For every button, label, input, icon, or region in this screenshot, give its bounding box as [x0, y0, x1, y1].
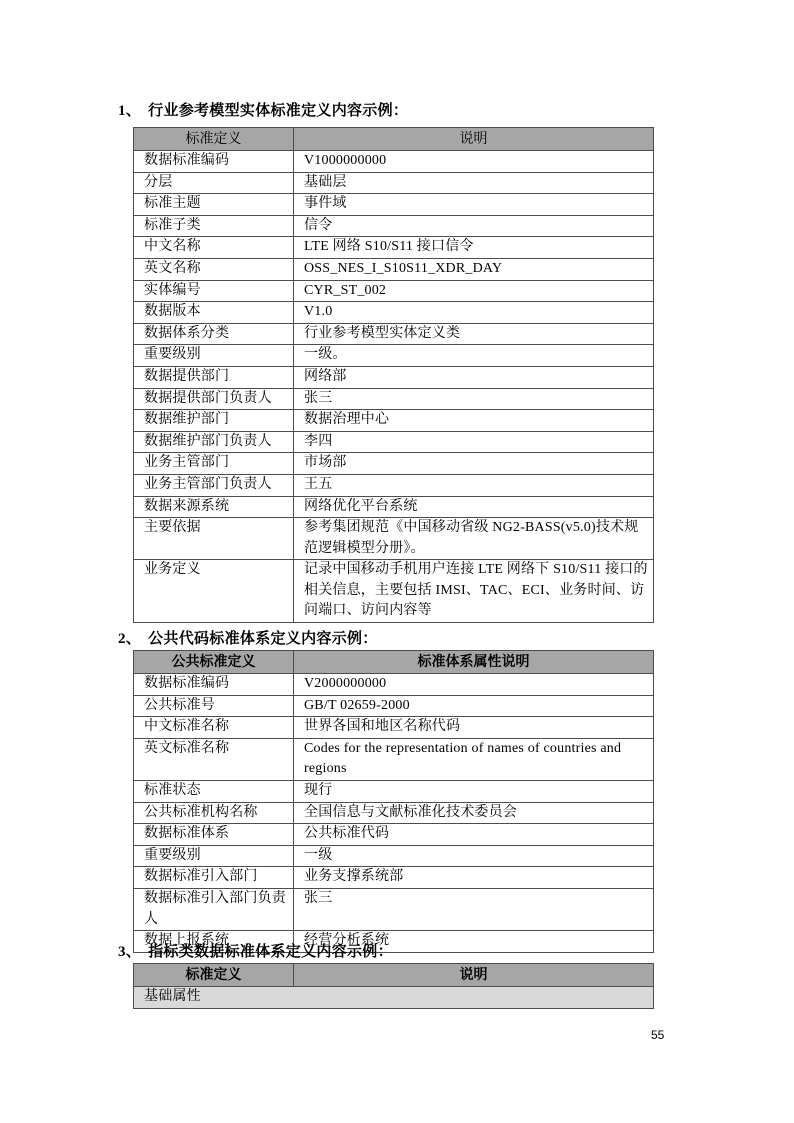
- row-label: 公共标准机构名称: [134, 802, 294, 824]
- row-value: 市场部: [294, 453, 654, 475]
- row-value: 李四: [294, 431, 654, 453]
- row-label: 英文标准名称: [134, 738, 294, 780]
- table-row: 数据标准编码V1000000000: [134, 151, 654, 173]
- row-label: 主要依据: [134, 518, 294, 560]
- row-value: 张三: [294, 888, 654, 930]
- table-row: 重要级别一级。: [134, 345, 654, 367]
- row-label: 数据标准引入部门负责人: [134, 888, 294, 930]
- section-1-title: 行业参考模型实体标准定义内容示例：: [148, 103, 408, 119]
- row-label: 重要级别: [134, 845, 294, 867]
- table-row: 数据维护部门数据治理中心: [134, 410, 654, 432]
- section-3-title: 指标类数据标准体系定义内容示例：: [148, 944, 393, 960]
- row-value: 数据治理中心: [294, 410, 654, 432]
- row-value: 记录中国移动手机用户连接 LTE 网络下 S10/S11 接口的相关信息，主要包…: [294, 560, 654, 623]
- row-value: 全国信息与文献标准化技术委员会: [294, 802, 654, 824]
- row-value: 世界各国和地区名称代码: [294, 717, 654, 739]
- row-label: 公共标准号: [134, 695, 294, 717]
- row-value: 事件域: [294, 194, 654, 216]
- table-row: 实体编号CYR_ST_002: [134, 280, 654, 302]
- row-value: 网络优化平台系统: [294, 496, 654, 518]
- section-2-heading: 2、公共代码标准体系定义内容示例：: [118, 627, 378, 648]
- row-value: 王五: [294, 474, 654, 496]
- entity-standard-table: 标准定义 说明 数据标准编码V1000000000分层基础层标准主题事件域标准子…: [133, 127, 654, 623]
- row-value: 信令: [294, 215, 654, 237]
- indicator-standard-table: 标准定义 说明 基础属性: [133, 963, 654, 1009]
- row-value: 一级: [294, 845, 654, 867]
- row-label: 标准子类: [134, 215, 294, 237]
- row-label: 标准主题: [134, 194, 294, 216]
- row-label: 数据维护部门: [134, 410, 294, 432]
- table-row: 数据体系分类行业参考模型实体定义类: [134, 323, 654, 345]
- column-header-description: 说明: [294, 964, 654, 987]
- row-label: 数据来源系统: [134, 496, 294, 518]
- row-label: 标准状态: [134, 780, 294, 802]
- table-header-row: 标准定义 说明: [134, 964, 654, 987]
- row-value: V1.0: [294, 302, 654, 324]
- page-number: 55: [651, 1028, 664, 1042]
- table-row: 数据来源系统网络优化平台系统: [134, 496, 654, 518]
- row-label: 实体编号: [134, 280, 294, 302]
- row-label: 数据体系分类: [134, 323, 294, 345]
- column-header-definition: 公共标准定义: [134, 651, 294, 674]
- section-1-heading: 1、行业参考模型实体标准定义内容示例：: [118, 99, 408, 120]
- table-row: 主要依据参考集团规范《中国移动省级 NG2-BASS(v5.0)技术规范逻辑模型…: [134, 518, 654, 560]
- table-header-row: 标准定义 说明: [134, 128, 654, 151]
- row-label: 数据维护部门负责人: [134, 431, 294, 453]
- row-value: 网络部: [294, 366, 654, 388]
- row-label: 数据提供部门负责人: [134, 388, 294, 410]
- table-row: 数据提供部门负责人张三: [134, 388, 654, 410]
- row-label: 中文名称: [134, 237, 294, 259]
- row-value: GB/T 02659-2000: [294, 695, 654, 717]
- table-row: 数据标准引入部门负责人张三: [134, 888, 654, 930]
- table-row: 标准状态现行: [134, 780, 654, 802]
- table-row: 数据提供部门网络部: [134, 366, 654, 388]
- group-row: 基础属性: [134, 987, 654, 1009]
- row-value: V1000000000: [294, 151, 654, 173]
- row-value: 参考集团规范《中国移动省级 NG2-BASS(v5.0)技术规范逻辑模型分册》。: [294, 518, 654, 560]
- row-value: CYR_ST_002: [294, 280, 654, 302]
- section-2-number: 2、: [118, 627, 141, 648]
- row-label: 分层: [134, 172, 294, 194]
- table-row: 中文名称LTE 网络 S10/S11 接口信令: [134, 237, 654, 259]
- column-header-definition: 标准定义: [134, 128, 294, 151]
- column-header-definition: 标准定义: [134, 964, 294, 987]
- row-value: 现行: [294, 780, 654, 802]
- row-value: 张三: [294, 388, 654, 410]
- table-row: 重要级别一级: [134, 845, 654, 867]
- row-value: 公共标准代码: [294, 824, 654, 846]
- table-row: 公共标准号GB/T 02659-2000: [134, 695, 654, 717]
- column-header-description: 说明: [294, 128, 654, 151]
- public-code-standard-table: 公共标准定义 标准体系属性说明 数据标准编码V2000000000公共标准号GB…: [133, 650, 654, 953]
- row-value: Codes for the representation of names of…: [294, 738, 654, 780]
- table-row: 数据版本V1.0: [134, 302, 654, 324]
- table-row: 数据维护部门负责人李四: [134, 431, 654, 453]
- column-header-description: 标准体系属性说明: [294, 651, 654, 674]
- table-row: 标准主题事件域: [134, 194, 654, 216]
- row-value: 行业参考模型实体定义类: [294, 323, 654, 345]
- section-3-heading: 3、指标类数据标准体系定义内容示例：: [118, 940, 393, 961]
- row-label: 数据标准体系: [134, 824, 294, 846]
- table-row: 数据标准编码V2000000000: [134, 674, 654, 696]
- table-row: 业务主管部门负责人王五: [134, 474, 654, 496]
- row-label: 重要级别: [134, 345, 294, 367]
- row-value: 一级。: [294, 345, 654, 367]
- row-label: 业务定义: [134, 560, 294, 623]
- table-row: 基础属性: [134, 987, 654, 1009]
- row-label: 中文标准名称: [134, 717, 294, 739]
- table-row: 英文标准名称Codes for the representation of na…: [134, 738, 654, 780]
- table-row: 中文标准名称世界各国和地区名称代码: [134, 717, 654, 739]
- row-label: 数据标准引入部门: [134, 867, 294, 889]
- table-row: 数据标准体系公共标准代码: [134, 824, 654, 846]
- row-value: 业务支撑系统部: [294, 867, 654, 889]
- row-value: V2000000000: [294, 674, 654, 696]
- table-header-row: 公共标准定义 标准体系属性说明: [134, 651, 654, 674]
- section-2-title: 公共代码标准体系定义内容示例：: [148, 631, 378, 647]
- row-value: OSS_NES_I_S10S11_XDR_DAY: [294, 258, 654, 280]
- row-label: 业务主管部门: [134, 453, 294, 475]
- row-label: 业务主管部门负责人: [134, 474, 294, 496]
- section-3-number: 3、: [118, 940, 141, 961]
- table-row: 公共标准机构名称全国信息与文献标准化技术委员会: [134, 802, 654, 824]
- row-label: 英文名称: [134, 258, 294, 280]
- table-row: 标准子类信令: [134, 215, 654, 237]
- table-row: 分层基础层: [134, 172, 654, 194]
- row-label: 数据版本: [134, 302, 294, 324]
- table-row: 英文名称OSS_NES_I_S10S11_XDR_DAY: [134, 258, 654, 280]
- row-value: 基础层: [294, 172, 654, 194]
- row-label: 数据提供部门: [134, 366, 294, 388]
- table-row: 数据标准引入部门业务支撑系统部: [134, 867, 654, 889]
- row-value: LTE 网络 S10/S11 接口信令: [294, 237, 654, 259]
- table-row: 业务主管部门市场部: [134, 453, 654, 475]
- row-label: 数据标准编码: [134, 674, 294, 696]
- table-row: 业务定义记录中国移动手机用户连接 LTE 网络下 S10/S11 接口的相关信息…: [134, 560, 654, 623]
- section-1-number: 1、: [118, 99, 141, 120]
- row-label: 数据标准编码: [134, 151, 294, 173]
